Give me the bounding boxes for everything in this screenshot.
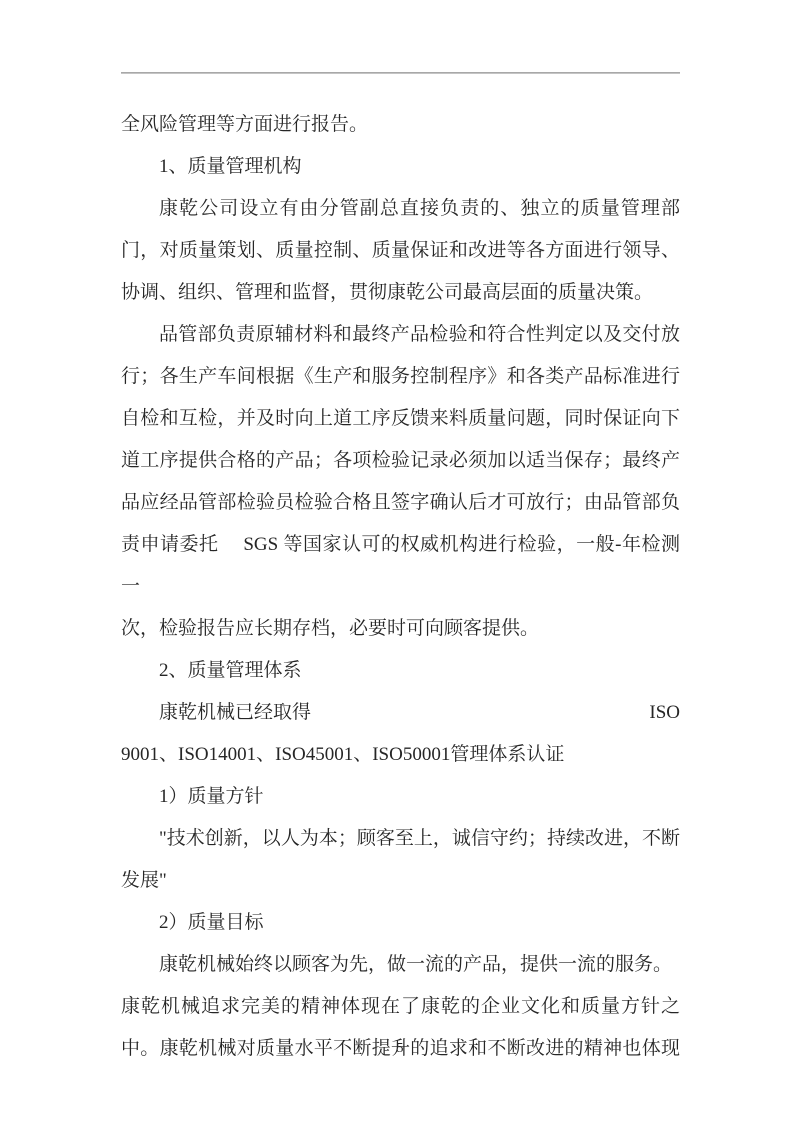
text-line: 1、质量管理机构	[121, 146, 680, 188]
text-line: 康乾机械始终以顾客为先，做一流的产品，提供一流的服务。	[121, 944, 680, 986]
text-line: 次，检验报告应长期存档，必要时可向顾客提供。	[121, 608, 680, 650]
text-line: 2、质量管理体系	[121, 650, 680, 692]
text-line: 康乾机械已经取得ISO	[121, 692, 680, 734]
text-line: 责申请委托 SGS 等国家认可的权威机构进行检验，一般-年检测一	[121, 524, 680, 608]
document-body: 全风险管理等方面进行报告。1、质量管理机构康乾公司设立有由分管副总直接负责的、独…	[121, 104, 680, 1070]
text-line: 1）质量方针	[121, 776, 680, 818]
text-line: "技术创新，以人为本；顾客至上，诚信守约；持续改进，不断	[121, 818, 680, 860]
text-line: 发展"	[121, 860, 680, 902]
text-line: 道工序提供合格的产品；各项检验记录必须加以适当保存；最终产	[121, 440, 680, 482]
text-line: 2）质量目标	[121, 902, 680, 944]
text-line: 9001、ISO14001、ISO45001、ISO50001管理体系认证	[121, 734, 680, 776]
text-line: 全风险管理等方面进行报告。	[121, 104, 680, 146]
text-segment-left: 康乾机械已经取得	[121, 692, 311, 734]
document-page: 全风险管理等方面进行报告。1、质量管理机构康乾公司设立有由分管副总直接负责的、独…	[0, 0, 800, 1131]
text-line: 门，对质量策划、质量控制、质量保证和改进等各方面进行领导、	[121, 230, 680, 272]
text-line: 协调、组织、管理和监督，贯彻康乾公司最高层面的质量决策。	[121, 272, 680, 314]
text-line: 品管部负责原辅材料和最终产品检验和符合性判定以及交付放	[121, 314, 680, 356]
text-segment-right: ISO	[649, 692, 680, 734]
text-line: 康乾公司设立有由分管副总直接负责的、独立的质量管理部	[121, 188, 680, 230]
header-divider	[121, 72, 680, 74]
text-line: 品应经品管部检验员检验合格且签字确认后才可放行；由品管部负	[121, 482, 680, 524]
text-line: 自检和互检，并及时向上道工序反馈来料质量问题，同时保证向下	[121, 398, 680, 440]
page-number: 5	[0, 1038, 800, 1060]
text-line: 行；各生产车间根据《生产和服务控制程序》和各类产品标准进行	[121, 356, 680, 398]
text-line: 康乾机械追求完美的精神体现在了康乾的企业文化和质量方针之	[121, 986, 680, 1028]
